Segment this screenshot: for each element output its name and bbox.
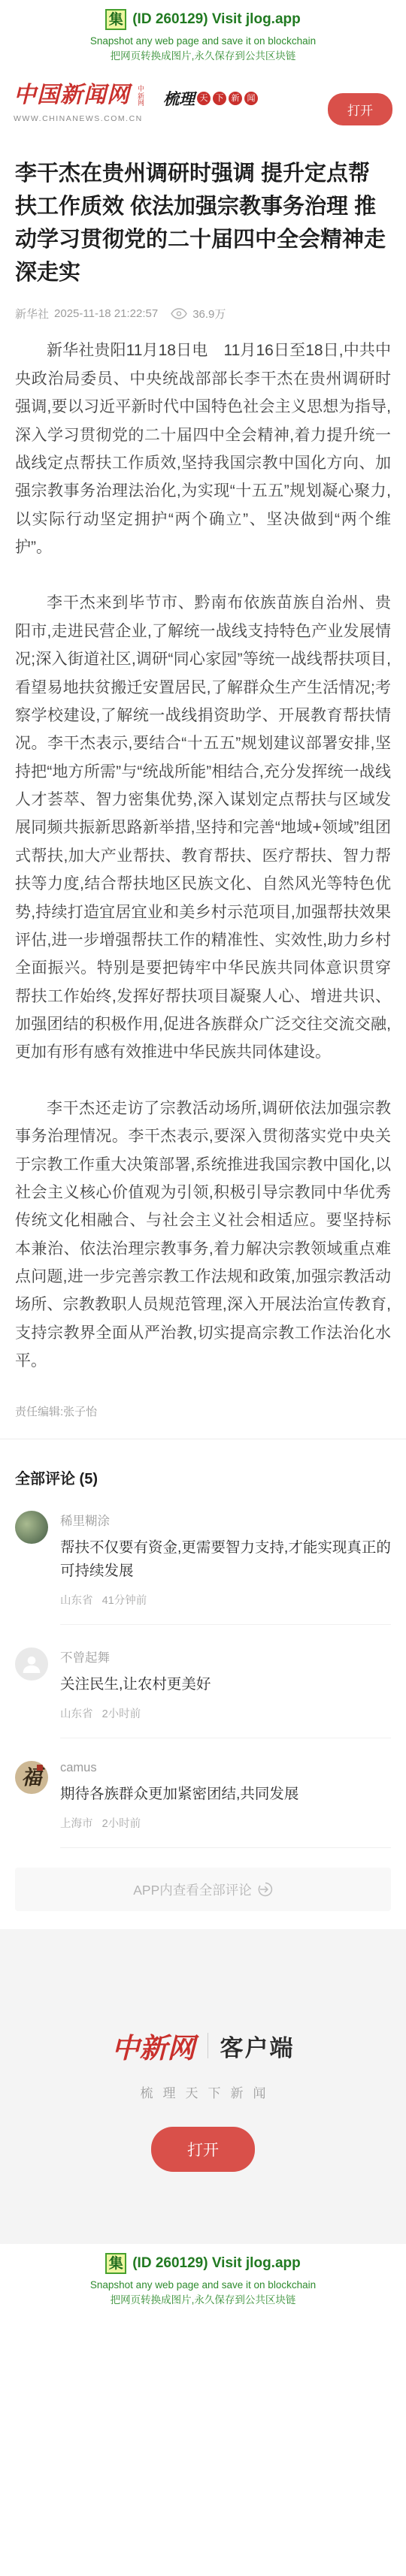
avatar-fu-calligraphy: 福 bbox=[15, 1761, 48, 1794]
comment-username: 不曾起舞 bbox=[60, 1647, 391, 1665]
comment-divider bbox=[60, 1738, 391, 1738]
view-all-comments-button[interactable]: APP内查看全部评论 bbox=[15, 1868, 391, 1911]
comment-time: 2小时前 bbox=[102, 1818, 141, 1830]
comments-title: 全部评论 (5) bbox=[15, 1466, 391, 1488]
site-url: WWW.CHINANEWS.COM.CN bbox=[14, 114, 258, 123]
views-eye-icon bbox=[171, 308, 187, 319]
comment-item: 福 camus 期待各族群众更加紧密团结,共同发展 上海市 2小时前 bbox=[15, 1761, 391, 1831]
jlog-banner-bottom[interactable]: 集 (ID 260129) Visit jlog.app Snapshot an… bbox=[0, 2244, 406, 2315]
editor-credit: 责任编辑:张子怡 bbox=[15, 1403, 391, 1419]
article-meta: 新华社 2025-11-18 21:22:57 36.9万 bbox=[15, 306, 391, 322]
jlog-logo-icon: 集 bbox=[105, 9, 126, 30]
comments-section: 全部评论 (5) 稀里糊涂 帮扶不仅要有资金,更需要智力支持,才能实现真正的可持… bbox=[0, 1439, 406, 1849]
jlog-banner-subtitle-en: Snapshot any web page and save it on blo… bbox=[0, 2278, 406, 2293]
footer-logo-brand: 中新网 bbox=[112, 2025, 195, 2066]
enter-arrow-icon bbox=[258, 1882, 273, 1897]
comment-location: 上海市 bbox=[60, 1818, 93, 1830]
article: 李干杰在贵州调研时强调 提升定点帮扶工作质效 依法加强宗教事务治理 推动学习贯彻… bbox=[0, 157, 406, 1418]
footer-logo: 中新网 客户端 bbox=[0, 2025, 406, 2066]
view-all-comments-label: APP内查看全部评论 bbox=[133, 1880, 252, 1899]
site-logo-side-text: 中新网 bbox=[138, 86, 145, 107]
jlog-banner-title: (ID 260129) Visit jlog.app bbox=[132, 11, 301, 28]
avatar-seal bbox=[37, 1765, 43, 1771]
article-paragraph: 新华社贵阳11月18日电 11月16日至18日,中共中央政治局委员、中央统战部部… bbox=[15, 337, 391, 561]
open-app-button-header[interactable]: 打开 bbox=[328, 93, 392, 125]
site-logo-text: 中国新闻网 bbox=[14, 84, 130, 107]
site-slogan: 梳理 天 下 新 闻 bbox=[163, 87, 258, 110]
slogan-circle: 闻 bbox=[244, 92, 258, 105]
comment-item: 不曾起舞 关注民生,让农村更美好 山东省 2小时前 bbox=[15, 1647, 391, 1721]
comment-divider bbox=[60, 1847, 391, 1848]
article-source: 新华社 bbox=[15, 306, 49, 322]
avatar-default-person-icon bbox=[15, 1647, 48, 1681]
comment-text: 期待各族群众更加紧密团结,共同发展 bbox=[60, 1783, 391, 1806]
site-header: 中国新闻网 中新网 梳理 天 下 新 闻 WWW.CHINANEWS.COM.C… bbox=[0, 71, 406, 136]
footer-logo-client: 客户端 bbox=[220, 2029, 295, 2063]
app-footer: 中新网 客户端 梳理天下新闻 打开 bbox=[0, 1929, 406, 2244]
comment-time: 41分钟前 bbox=[102, 1595, 147, 1607]
slogan-circle: 新 bbox=[229, 92, 242, 105]
page: 集 (ID 260129) Visit jlog.app Snapshot an… bbox=[0, 0, 406, 2315]
comment-time: 2小时前 bbox=[102, 1708, 141, 1720]
site-logo[interactable]: 中国新闻网 中新网 梳理 天 下 新 闻 WWW.CHINANEWS.COM.C… bbox=[14, 84, 258, 123]
comment-text: 帮扶不仅要有资金,更需要智力支持,才能实现真正的可持续发展 bbox=[60, 1536, 391, 1583]
article-title: 李干杰在贵州调研时强调 提升定点帮扶工作质效 依法加强宗教事务治理 推动学习贯彻… bbox=[15, 157, 391, 289]
article-datetime: 2025-11-18 21:22:57 bbox=[54, 307, 158, 320]
slogan-prefix: 梳理 bbox=[163, 87, 195, 110]
avatar bbox=[15, 1511, 48, 1544]
jlog-logo-icon: 集 bbox=[105, 2253, 126, 2274]
jlog-banner-subtitle-en: Snapshot any web page and save it on blo… bbox=[0, 34, 406, 49]
comment-text: 关注民生,让农村更美好 bbox=[60, 1673, 391, 1696]
open-app-button-footer[interactable]: 打开 bbox=[151, 2127, 255, 2172]
article-body: 新华社贵阳11月18日电 11月16日至18日,中共中央政治局委员、中央统战部部… bbox=[15, 337, 391, 1375]
jlog-banner-subtitle-zh: 把网页转换成图片,永久保存到公共区块链 bbox=[0, 2293, 406, 2308]
comment-divider bbox=[60, 1624, 391, 1625]
comment-location: 山东省 bbox=[60, 1708, 93, 1720]
jlog-banner-subtitle-zh: 把网页转换成图片,永久保存到公共区块链 bbox=[0, 49, 406, 64]
slogan-circle: 天 bbox=[197, 92, 211, 105]
jlog-banner-top[interactable]: 集 (ID 260129) Visit jlog.app Snapshot an… bbox=[0, 0, 406, 71]
comment-location: 山东省 bbox=[60, 1595, 93, 1607]
jlog-banner-title: (ID 260129) Visit jlog.app bbox=[132, 2255, 301, 2272]
views-count: 36.9万 bbox=[192, 306, 226, 322]
slogan-circle: 下 bbox=[213, 92, 226, 105]
footer-logo-divider bbox=[208, 2033, 208, 2058]
comment-username: 稀里糊涂 bbox=[60, 1511, 391, 1529]
comment-item: 稀里糊涂 帮扶不仅要有资金,更需要智力支持,才能实现真正的可持续发展 山东省 4… bbox=[15, 1511, 391, 1608]
footer-tagline: 梳理天下新闻 bbox=[0, 2082, 406, 2101]
comment-username: camus bbox=[60, 1761, 391, 1775]
article-paragraph: 李干杰还走访了宗教活动场所,调研依法加强宗教事务治理情况。李干杰表示,要深入贯彻… bbox=[15, 1095, 391, 1376]
article-paragraph: 李干杰来到毕节市、黔南布依族苗族自治州、贵阳市,走进民营企业,了解统一战线支持特… bbox=[15, 589, 391, 1066]
